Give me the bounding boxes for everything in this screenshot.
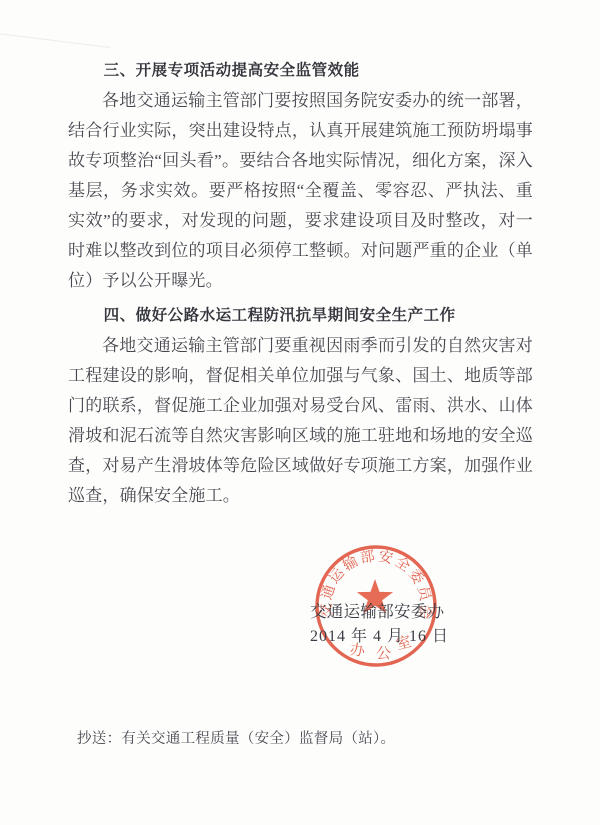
signature-block: 交通运输部安委办 2014 年 4 月 16 日 (310, 601, 449, 647)
issue-date: 2014 年 4 月 16 日 (310, 627, 449, 647)
section-4-paragraph: 各地交通运输主管部门要重视因雨季而引发的自然灾害对工程建设的影响，督促相关单位加… (68, 331, 533, 511)
seal-bottom-char-2: 公 (376, 646, 391, 662)
section-4-heading: 四、做好公路水运工程防汛抗旱期间安全生产工作 (68, 301, 533, 331)
section-3-heading: 三、开展专项活动提高安全监管效能 (68, 56, 533, 86)
cc-line: 抄送：有关交通工程质量（安全）监督局（站）。 (77, 727, 395, 748)
section-3-paragraph: 各地交通运输主管部门要按照国务院安委办的统一部署，结合行业实际，突出建设特点，认… (68, 86, 533, 296)
section-3: 三、开展专项活动提高安全监管效能 各地交通运输主管部门要按照国务院安委办的统一部… (68, 56, 533, 296)
document-page: 三、开展专项活动提高安全监管效能 各地交通运输主管部门要按照国务院安委办的统一部… (0, 0, 600, 825)
section-4: 四、做好公路水运工程防汛抗旱期间安全生产工作 各地交通运输主管部门要重视因雨季而… (68, 301, 533, 511)
scan-artifact-line (0, 33, 111, 48)
issuer-name: 交通运输部安委办 (310, 601, 449, 623)
document-body: 三、开展专项活动提高安全监管效能 各地交通运输主管部门要按照国务院安委办的统一部… (68, 56, 533, 511)
